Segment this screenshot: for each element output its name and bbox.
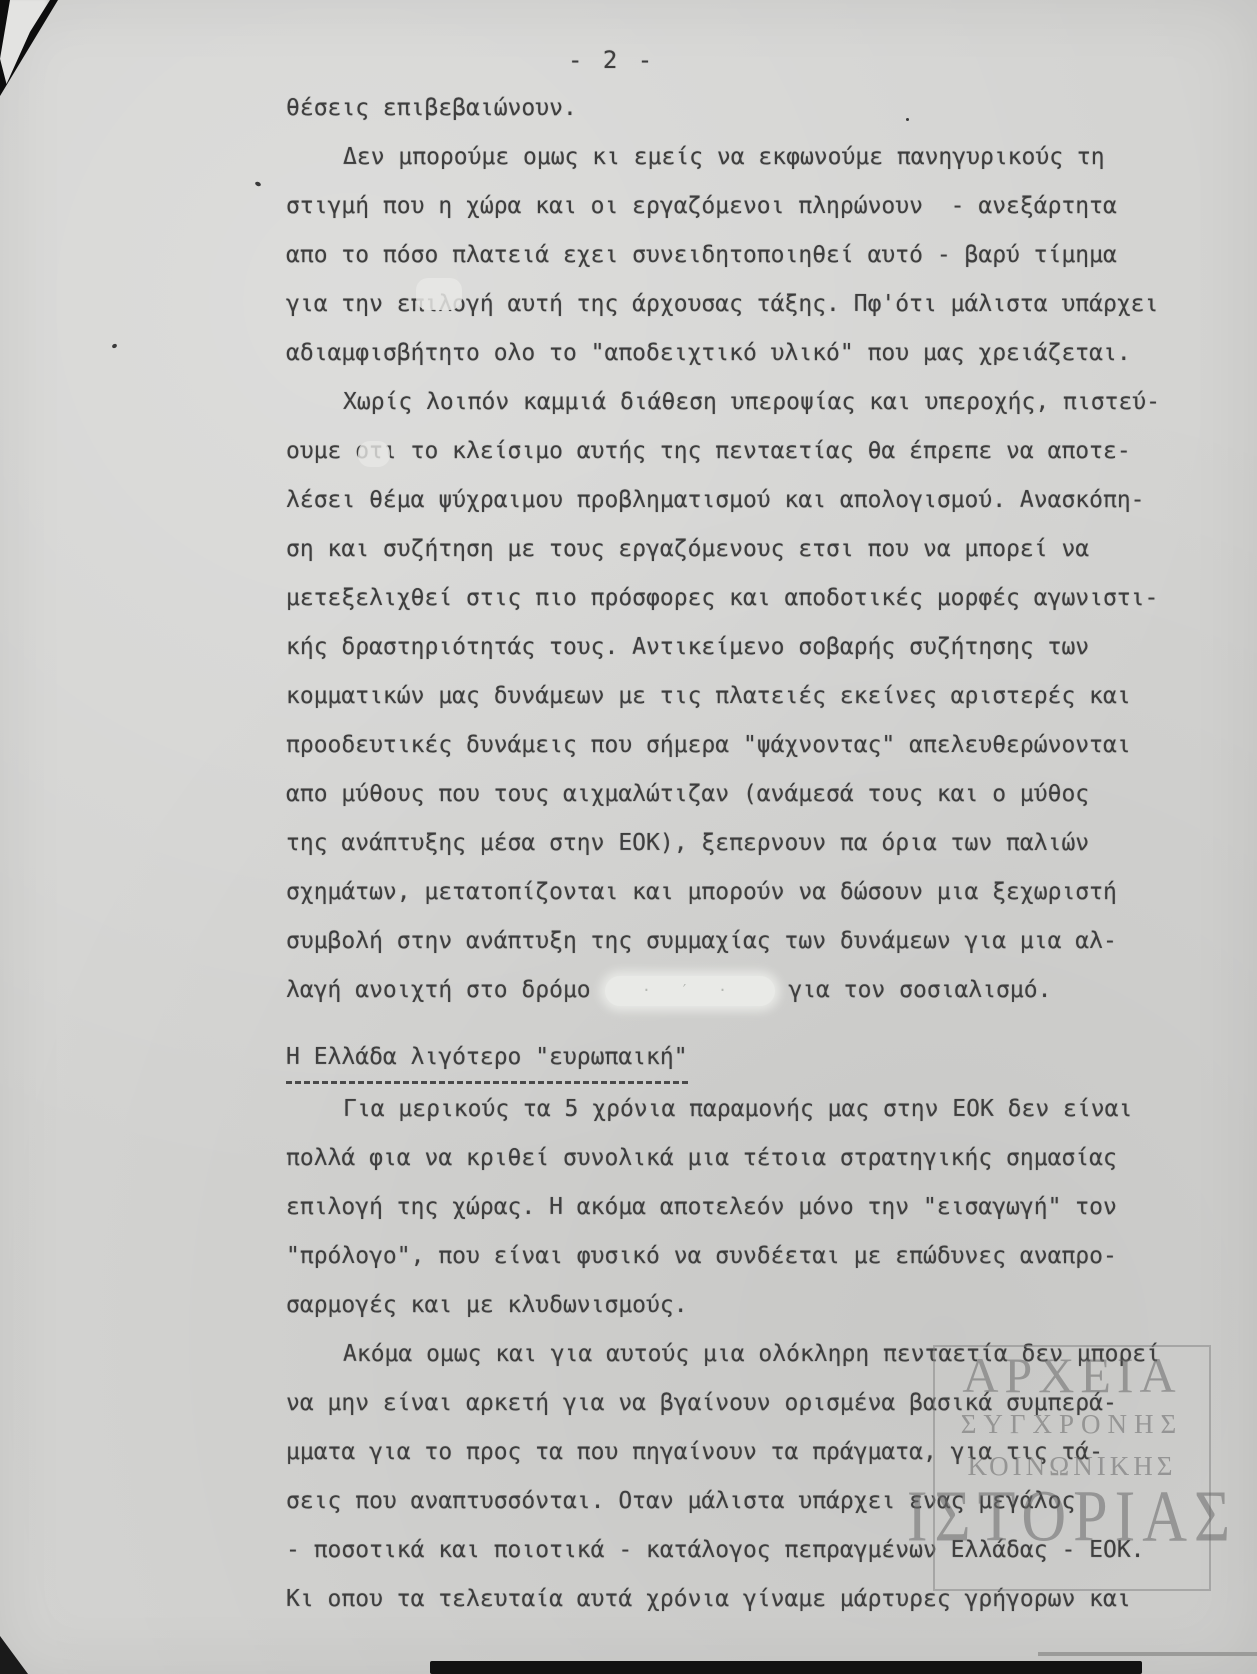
section-heading: Η Ελλάδα λιγότερο "ευρωπαική": [286, 1037, 688, 1084]
text-line: απο το πόσο πλατειά εχει συνειδητοποιηθε…: [286, 231, 1206, 280]
watermark-line-4: ΙΣΤΟΡΙΑΣ: [907, 1479, 1237, 1555]
text-line: θέσεις επιβεβαιώνουν.: [286, 84, 1206, 133]
text-line: απο μύθους που τους αιχμαλώτιζαν (ανάμεσ…: [286, 770, 1206, 819]
scan-corner-shadow-bottom: [0, 1636, 28, 1674]
text-line: κής δραστηριότητάς τους. Αντικείμενο σοβ…: [286, 623, 1206, 672]
section-heading-row: Η Ελλάδα λιγότερο "ευρωπαική": [286, 1037, 1206, 1085]
paper-speck: [111, 343, 117, 349]
text-line: μετεξελιχθεί στις πιο πρόσφορες και αποδ…: [286, 574, 1206, 623]
text-line: ουμε οτι το κλείσιμο αυτής της πενταετία…: [286, 427, 1206, 476]
whiteout-smudge: [416, 278, 462, 310]
text-line: Για μερικούς τα 5 χρόνια παραμονής μας σ…: [286, 1085, 1206, 1134]
text-line: στιγμή που η χώρα και οι εργαζόμενοι πλη…: [286, 182, 1206, 231]
text-line: λέσει θέμα ψύχραιμου προβληματισμού και …: [286, 476, 1206, 525]
text-line: επιλογή της χώρας. Η ακόμα αποτελεόν μόν…: [286, 1183, 1206, 1232]
whiteout-correction-mark: · ′ ·: [605, 976, 775, 1006]
text-line: συμβολή στην ανάπτυξη της συμμαχίας των …: [286, 917, 1206, 966]
text-line: προοδευτικές δυνάμεις που σήμερα "ψάχνον…: [286, 721, 1206, 770]
text-line: σχημάτων, μετατοπίζονται και μπορούν να …: [286, 868, 1206, 917]
paper-speck: [254, 181, 261, 187]
text-segment: λαγή ανοιχτή στο δρόμο: [286, 977, 605, 1003]
text-line: της ανάπτυξης μέσα στην ΕΟΚ), ξεπερνουν …: [286, 819, 1206, 868]
scan-edge-bar: [430, 1661, 1142, 1674]
watermark-line-2: ΣΥΓΧΡΟΝΗΣ: [961, 1409, 1184, 1439]
whiteout-smudge: [358, 441, 390, 467]
text-line: Δεν μπορούμε ομως κι εμείς να εκφωνούμε …: [286, 133, 1206, 182]
scanned-document-page: - 2 - θέσεις επιβεβαιώνουν. Δεν μπορούμε…: [0, 0, 1257, 1674]
text-line-with-whiteout: λαγή ανοιχτή στο δρόμο · ′ · για τον σοσ…: [286, 966, 1206, 1015]
text-line: σαρμογές και με κλυδωνισμούς.: [286, 1281, 1206, 1330]
page-number: - 2 -: [568, 46, 655, 74]
watermark-line-1: ΑΡΧΕΙΑ: [962, 1349, 1181, 1401]
paper-speck: [906, 118, 909, 121]
text-line: Χωρίς λοιπόν καμμιά διάθεση υπεροψίας κα…: [286, 378, 1206, 427]
text-segment: για τον σοσιαλισμό.: [775, 977, 1052, 1003]
text-line: αδιαμφισβήτητο ολο το "αποδειχτικό υλικό…: [286, 329, 1206, 378]
scan-edge-line: [1038, 1652, 1257, 1656]
archive-stamp-watermark: ΑΡΧΕΙΑ ΣΥΓΧΡΟΝΗΣ ΚΟΙΝΩΝΙΚΗΣ ΙΣΤΟΡΙΑΣ: [933, 1345, 1211, 1591]
text-line: ση και συζήτηση με τους εργαζόμενους ετσ…: [286, 525, 1206, 574]
text-line: "πρόλογο", που είναι φυσικό να συνδέεται…: [286, 1232, 1206, 1281]
text-line: κομματικών μας δυνάμεων με τις πλατειές …: [286, 672, 1206, 721]
text-line: πολλά φια να κριθεί συνολικά μια τέτοια …: [286, 1134, 1206, 1183]
